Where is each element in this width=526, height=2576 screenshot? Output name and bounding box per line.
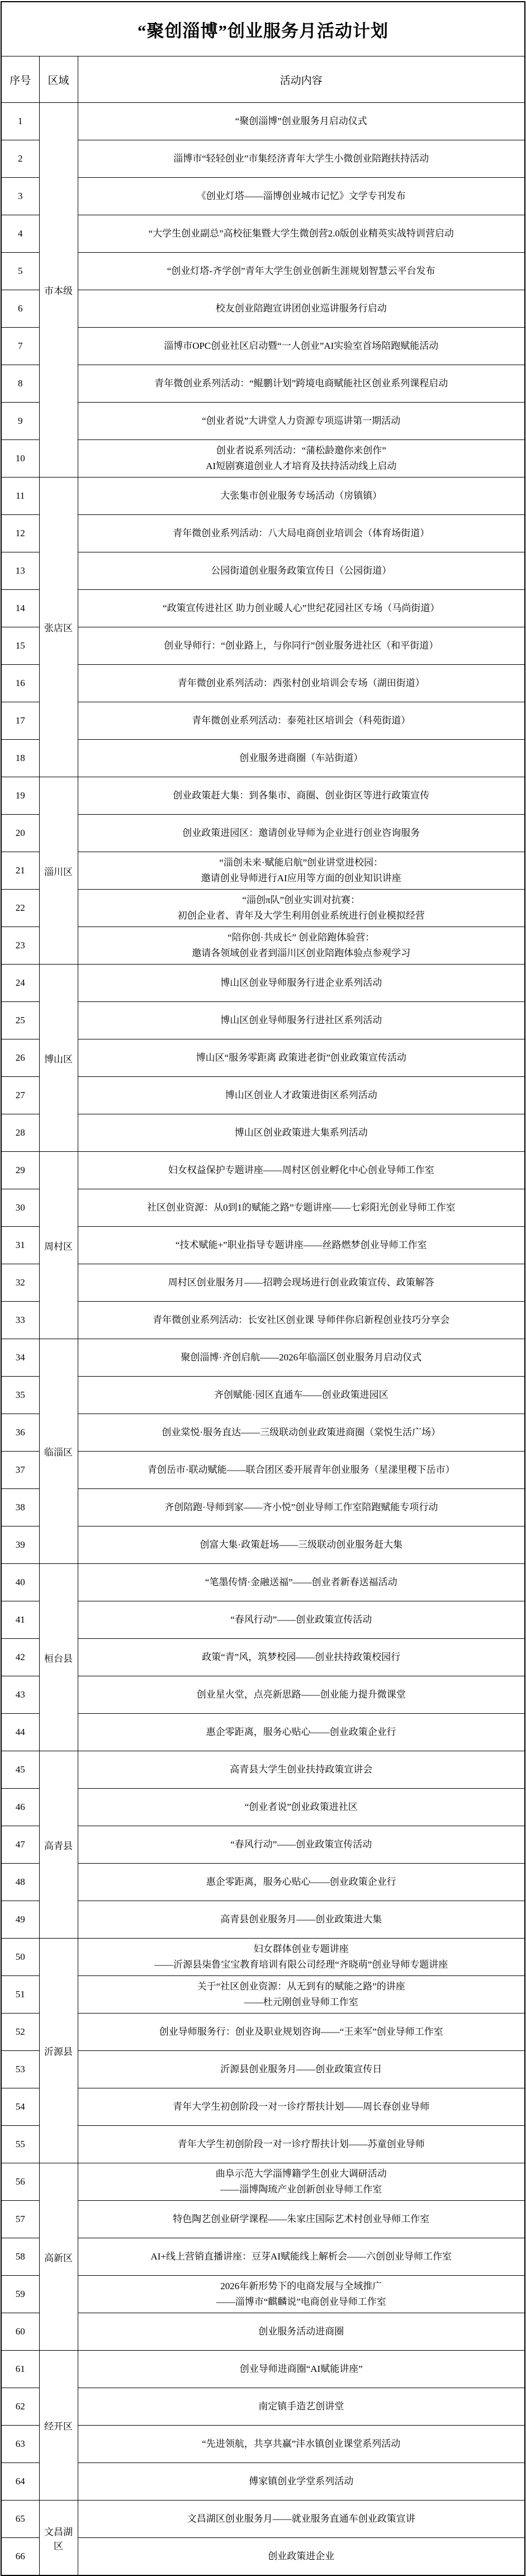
activity-line: “淄创π队”创业实训对抗赛： (82, 892, 522, 908)
activity-line: 创业者说系列活动：“蒲松龄邀你来创作” (82, 443, 522, 459)
row-number-cell: 39 (1, 1526, 39, 1564)
row-number-cell: 4 (1, 215, 39, 253)
activity-line: 初创企业者、青年及大学生利用创业系统进行创业模拟经营 (82, 908, 522, 924)
row-number-cell: 63 (1, 2426, 39, 2463)
region-cell: 市本级 (39, 103, 78, 478)
row-number-cell: 22 (1, 890, 39, 927)
table-row: 50沂源县妇女群体创业专题讲座——沂源县柒鲁宝宝教育培训有限公司经理“齐晓萌”创… (1, 1939, 525, 1976)
activity-line: 惠企零距离，服务心贴心——创业政策企业行 (82, 1724, 522, 1740)
row-number-cell: 18 (1, 740, 39, 777)
table-row: 65文昌湖区文昌湖区创业服务月——就业服务直通车创业政策宣讲 (1, 2501, 525, 2538)
activity-line: 创业星火堂，点亮新思路——创业能力提升微课堂 (82, 1687, 522, 1703)
activity-line: “技术赋能+”职业指导专题讲座——丝路燃梦创业导师工作室 (82, 1237, 522, 1253)
row-number-cell: 46 (1, 1789, 39, 1826)
region-cell: 临淄区 (39, 1339, 78, 1564)
activity-line: “先进领航，共享共赢”沣水镇创业课堂系列活动 (82, 2436, 522, 2452)
activity-line: AI+线上营销直播讲座：豆芽AI赋能线上解析会——六创创业导师工作室 (82, 2249, 522, 2265)
row-number-cell: 34 (1, 1339, 39, 1377)
activity-line: 政策“青”风，筑梦校园——创业扶持政策校园行 (82, 1649, 522, 1665)
table-row: 10创业者说系列活动：“蒲松龄邀你来创作”AI短剧赛道创业人才培育及扶持活动线上… (1, 440, 525, 478)
activity-cell: 文昌湖区创业服务月——就业服务直通车创业政策宣讲 (78, 2501, 525, 2538)
table-row: 52创业导师服务行：创业及职业规划咨询——“王来军”创业导师工作室 (1, 2013, 525, 2051)
table-row: 12青年微创业系列活动：八大局电商创业培训会（体育场街道） (1, 515, 525, 552)
table-row: 56高新区曲阜示范大学淄博籍学生创业大调研活动——淄博陶琉产业创新创业导师工作室 (1, 2163, 525, 2201)
activity-line: 关于“社区创业资源：从无到有的赋能之路”的讲座 (82, 1979, 522, 1994)
table-row: 41“春风行动”——创业政策宣传活动 (1, 1601, 525, 1639)
row-number-cell: 66 (1, 2538, 39, 2576)
activity-cell: 青年大学生初创阶段一对一诊疗帮扶计划——苏童创业导师 (78, 2126, 525, 2163)
activity-line: 创业服务活动进商圈 (82, 2324, 522, 2339)
row-number-cell: 32 (1, 1264, 39, 1302)
table-row: 15创业导师行：“创业路上，与你同行”创业服务进社区（和平街道） (1, 627, 525, 665)
row-number-cell: 44 (1, 1714, 39, 1751)
activity-cell: 青年微创业系列活动：“鲲鹏计划”跨境电商赋能社区创业系列课程启动 (78, 365, 525, 403)
table-row: 3《创业灯塔——淄博创业城市记忆》文学专刊发布 (1, 178, 525, 215)
row-number-cell: 31 (1, 1227, 39, 1264)
row-number-cell: 38 (1, 1489, 39, 1526)
header-region: 区域 (39, 56, 78, 103)
activity-line: 妇女权益保护专题讲座——周村区创业孵化中心创业导师工作室 (82, 1162, 522, 1178)
row-number-cell: 42 (1, 1639, 39, 1676)
table-row: 4“大学生创业副总”高校征集暨大学生微创营2.0版创业精英实战特训营启动 (1, 215, 525, 253)
activity-cell: “创业者说”创业政策进社区 (78, 1789, 525, 1826)
row-number-cell: 7 (1, 328, 39, 365)
activity-cell: 高青县大学生创业扶持政策宣讲会 (78, 1751, 525, 1789)
activity-cell: 博山区创业政策进大集系列活动 (78, 1114, 525, 1152)
table-row: 17青年微创业系列活动：泰苑社区培训会（科苑街道） (1, 702, 525, 740)
activity-cell: 惠企零距离，服务心贴心——创业政策企业行 (78, 1714, 525, 1751)
activity-line: “陪你创·共成长” 创业陪跑体验营： (82, 930, 522, 946)
table-row: 11张店区大张集市创业服务专场活动（房镇镇） (1, 478, 525, 515)
activity-line: 博山区“服务零距离 政策进老街”创业政策宣传活动 (82, 1050, 522, 1066)
activity-line: 高青县大学生创业扶持政策宣讲会 (82, 1762, 522, 1778)
activity-cell: “先进领航，共享共赢”沣水镇创业课堂系列活动 (78, 2426, 525, 2463)
activity-line: 博山区创业政策进大集系列活动 (82, 1125, 522, 1141)
activity-line: “创业者说”大讲堂人力资源专项巡讲第一期活动 (82, 413, 522, 429)
header-no: 序号 (1, 56, 39, 103)
activity-cell: 齐创陪跑·导师到家——齐小悦”创业导师工作室陪跑赋能专项行动 (78, 1489, 525, 1526)
table-row: 53沂源县创业服务月——创业政策宣传日 (1, 2051, 525, 2088)
activity-cell: 政策“青”风，筑梦校园——创业扶持政策校园行 (78, 1639, 525, 1676)
activity-cell: 青年微创业系列活动：西张村创业培训会专场（湖田街道） (78, 665, 525, 702)
activity-line: 妇女群体创业专题讲座 (82, 1941, 522, 1957)
page-title: “聚创淄博”创业服务月活动计划 (1, 2, 525, 56)
table-row: 43创业星火堂，点亮新思路——创业能力提升微课堂 (1, 1676, 525, 1714)
activity-line: 淄博市OPC创业社区启动暨“一人创业”AI实验室首场陪跑赋能活动 (82, 338, 522, 354)
activity-cell: 妇女群体创业专题讲座——沂源县柒鲁宝宝教育培训有限公司经理“齐晓萌”创业导师专题… (78, 1939, 525, 1976)
activity-cell: 博山区创业导师服务行进社区系列活动 (78, 1002, 525, 1039)
table-row: 27博山区创业人才政策进街区系列活动 (1, 1077, 525, 1114)
row-number-cell: 9 (1, 403, 39, 440)
activity-line: AI短剧赛道创业人才培育及扶持活动线上启动 (82, 459, 522, 474)
activity-line: 齐创赋能·园区直通车——创业政策进园区 (82, 1387, 522, 1403)
row-number-cell: 1 (1, 103, 39, 140)
table-row: 64傅家镇创业学堂系列活动 (1, 2463, 525, 2501)
activity-line: “春风行动”——创业政策宣传活动 (82, 1612, 522, 1628)
row-number-cell: 35 (1, 1377, 39, 1414)
row-number-cell: 43 (1, 1676, 39, 1714)
row-number-cell: 37 (1, 1452, 39, 1489)
row-number-cell: 58 (1, 2238, 39, 2276)
row-number-cell: 8 (1, 365, 39, 403)
table-row: 16青年微创业系列活动：西张村创业培训会专场（湖田街道） (1, 665, 525, 702)
table-row: 57特色陶艺创业研学课程——朱家庄国际艺术村创业导师工作室 (1, 2201, 525, 2238)
activity-cell: 博山区创业人才政策进街区系列活动 (78, 1077, 525, 1114)
activity-line: 创业政策进企业 (82, 2549, 522, 2564)
activity-cell: “大学生创业副总”高校征集暨大学生微创营2.0版创业精英实战特训营启动 (78, 215, 525, 253)
activity-cell: 青年微创业系列活动：泰苑社区培训会（科苑街道） (78, 702, 525, 740)
activity-line: 南定镇手造艺创讲堂 (82, 2399, 522, 2414)
activity-cell: 创业星火堂，点亮新思路——创业能力提升微课堂 (78, 1676, 525, 1714)
activity-line: 青年微创业系列活动：八大局电商创业培训会（体育场街道） (82, 526, 522, 541)
table-row: 60创业服务活动进商圈 (1, 2313, 525, 2351)
table-row: 8青年微创业系列活动：“鲲鹏计划”跨境电商赋能社区创业系列课程启动 (1, 365, 525, 403)
row-number-cell: 21 (1, 852, 39, 890)
activity-line: 邀请各领域创业者到淄川区创业陪跑体验点参观学习 (82, 946, 522, 961)
table-row: 38齐创陪跑·导师到家——齐小悦”创业导师工作室陪跑赋能专项行动 (1, 1489, 525, 1526)
table-row: 37青创岳市·联动赋能——联合团区委开展青年创业服务（星漾里稷下岳市） (1, 1452, 525, 1489)
activity-cell: “淄创π队”创业实训对抗赛：初创企业者、青年及大学生利用创业系统进行创业模拟经营 (78, 890, 525, 927)
activity-cell: 创业导师进商圈“AI赋能讲座” (78, 2351, 525, 2388)
activity-plan-table: “聚创淄博”创业服务月活动计划 序号 区域 活动内容 1市本级“聚创淄博”创业服… (1, 1, 525, 2576)
activity-cell: 创业导师服务行：创业及职业规划咨询——“王来军”创业导师工作室 (78, 2013, 525, 2051)
activity-line: 大张集市创业服务专场活动（房镇镇） (82, 488, 522, 504)
row-number-cell: 15 (1, 627, 39, 665)
activity-cell: “春风行动”——创业政策宣传活动 (78, 1826, 525, 1864)
table-row: 42政策“青”风，筑梦校园——创业扶持政策校园行 (1, 1639, 525, 1676)
activity-line: 聚创淄博·齐创启航——2026年临淄区创业服务月启动仪式 (82, 1350, 522, 1365)
row-number-cell: 10 (1, 440, 39, 478)
activity-cell: “陪你创·共成长” 创业陪跑体验营：邀请各领域创业者到淄川区创业陪跑体验点参观学… (78, 927, 525, 965)
table-row: 46“创业者说”创业政策进社区 (1, 1789, 525, 1826)
row-number-cell: 27 (1, 1077, 39, 1114)
activity-line: “创业者说”创业政策进社区 (82, 1799, 522, 1815)
activity-line: 创富大集·政策赶场——三级联动创业服务赶大集 (82, 1537, 522, 1553)
activity-line: “政策宣传进社区 助力创业暖人心”世纪花园社区专场（马尚街道） (82, 601, 522, 616)
activity-cell: 博山区创业导师服务行进企业系列活动 (78, 965, 525, 1002)
activity-line: 社区创业资源：从0到1的赋能之路”专题讲座——七彩阳光创业导师工作室 (82, 1200, 522, 1216)
table-row: 18创业服务进商圈（车站街道） (1, 740, 525, 777)
activity-cell: 青年大学生初创阶段一对一诊疗帮扶计划——周长春创业导师 (78, 2088, 525, 2126)
row-number-cell: 25 (1, 1002, 39, 1039)
row-number-cell: 5 (1, 253, 39, 290)
table-row: 22“淄创π队”创业实训对抗赛：初创企业者、青年及大学生利用创业系统进行创业模拟… (1, 890, 525, 927)
activity-cell: 创业棠悦·服务直达——三级联动创业政策进商圈（棠悦生活广场） (78, 1414, 525, 1452)
row-number-cell: 23 (1, 927, 39, 965)
activity-cell: 创富大集·政策赶场——三级联动创业服务赶大集 (78, 1526, 525, 1564)
activity-cell: 创业政策赶大集：到各集市、商圈、创业街区等进行政策宣传 (78, 777, 525, 815)
table-row: 39创富大集·政策赶场——三级联动创业服务赶大集 (1, 1526, 525, 1564)
row-number-cell: 52 (1, 2013, 39, 2051)
table-row: 32周村区创业服务月——招聘会现场进行创业政策宣传、政策解答 (1, 1264, 525, 1302)
row-number-cell: 47 (1, 1826, 39, 1864)
table-row: 29周村区妇女权益保护专题讲座——周村区创业孵化中心创业导师工作室 (1, 1152, 525, 1189)
row-number-cell: 57 (1, 2201, 39, 2238)
region-cell: 沂源县 (39, 1939, 78, 2163)
activity-cell: “创业者说”大讲堂人力资源专项巡讲第一期活动 (78, 403, 525, 440)
activity-line: 惠企零距离，服务心贴心——创业政策企业行 (82, 1874, 522, 1890)
header-activity: 活动内容 (78, 56, 525, 103)
activity-cell: AI+线上营销直播讲座：豆芽AI赋能线上解析会——六创创业导师工作室 (78, 2238, 525, 2276)
activity-line: “笔墨传情·金融送福”——创业者新春送福活动 (82, 1575, 522, 1590)
row-number-cell: 53 (1, 2051, 39, 2088)
row-number-cell: 29 (1, 1152, 39, 1189)
activity-line: 青年微创业系列活动：“鲲鹏计划”跨境电商赋能社区创业系列课程启动 (82, 376, 522, 391)
row-number-cell: 61 (1, 2351, 39, 2388)
activity-cell: 妇女权益保护专题讲座——周村区创业孵化中心创业导师工作室 (78, 1152, 525, 1189)
activity-line: ——淄博市“麒麟说”电商创业导师工作室 (82, 2294, 522, 2310)
activity-cell: 青创岳市·联动赋能——联合团区委开展青年创业服务（星漾里稷下岳市） (78, 1452, 525, 1489)
table-row: 1市本级“聚创淄博”创业服务月启动仪式 (1, 103, 525, 140)
row-number-cell: 40 (1, 1564, 39, 1601)
row-number-cell: 45 (1, 1751, 39, 1789)
activity-line: “春风行动”——创业政策宣传活动 (82, 1837, 522, 1852)
activity-line: ——杜元刚创业导师工作室 (82, 1994, 522, 2010)
activity-line: 创业导师行：“创业路上，与你同行”创业服务进社区（和平街道） (82, 638, 522, 654)
activity-cell: “淄创未来·赋能启航”创业讲堂进校园：邀请创业导师进行AI应用等方面的创业知识讲… (78, 852, 525, 890)
activity-cell: 创业服务进商圈（车站街道） (78, 740, 525, 777)
table-row: 9“创业者说”大讲堂人力资源专项巡讲第一期活动 (1, 403, 525, 440)
activity-cell: 博山区“服务零距离 政策进老街”创业政策宣传活动 (78, 1039, 525, 1077)
row-number-cell: 33 (1, 1302, 39, 1339)
activity-line: 青年大学生初创阶段一对一诊疗帮扶计划——周长春创业导师 (82, 2099, 522, 2115)
row-number-cell: 64 (1, 2463, 39, 2501)
activity-line: 青年大学生初创阶段一对一诊疗帮扶计划——苏童创业导师 (82, 2137, 522, 2152)
activity-cell: 创业政策进园区：邀请创业导师为企业进行创业咨询服务 (78, 815, 525, 852)
activity-line: 创业棠悦·服务直达——三级联动创业政策进商圈（棠悦生活广场） (82, 1425, 522, 1440)
table-row: 25博山区创业导师服务行进社区系列活动 (1, 1002, 525, 1039)
region-cell: 淄川区 (39, 777, 78, 965)
activity-line: 青年微创业系列活动：长安社区创业课 导师伴你启新程创业技巧分享会 (82, 1312, 522, 1328)
row-number-cell: 6 (1, 290, 39, 328)
row-number-cell: 36 (1, 1414, 39, 1452)
table-row: 63“先进领航，共享共赢”沣水镇创业课堂系列活动 (1, 2426, 525, 2463)
row-number-cell: 48 (1, 1864, 39, 1901)
activity-line: 博山区创业人才政策进街区系列活动 (82, 1088, 522, 1103)
activity-cell: 惠企零距离，服务心贴心——创业政策企业行 (78, 1864, 525, 1901)
activity-cell: 傅家镇创业学堂系列活动 (78, 2463, 525, 2501)
activity-line: 2026年新形势下的电商发展与全域推广 (82, 2279, 522, 2294)
activity-line: 青创岳市·联动赋能——联合团区委开展青年创业服务（星漾里稷下岳市） (82, 1462, 522, 1478)
table-row: 24博山区博山区创业导师服务行进企业系列活动 (1, 965, 525, 1002)
activity-line: 创业服务进商圈（车站街道） (82, 750, 522, 766)
table-row: 14“政策宣传进社区 助力创业暖人心”世纪花园社区专场（马尚街道） (1, 590, 525, 627)
activity-line: 沂源县创业服务月——创业政策宣传日 (82, 2062, 522, 2077)
activity-cell: “聚创淄博”创业服务月启动仪式 (78, 103, 525, 140)
region-cell: 高新区 (39, 2163, 78, 2351)
activity-cell: 沂源县创业服务月——创业政策宣传日 (78, 2051, 525, 2088)
activity-cell: 社区创业资源：从0到1的赋能之路”专题讲座——七彩阳光创业导师工作室 (78, 1189, 525, 1227)
row-number-cell: 49 (1, 1901, 39, 1939)
row-number-cell: 59 (1, 2276, 39, 2313)
activity-line: 青年微创业系列活动：西张村创业培训会专场（湖田街道） (82, 675, 522, 691)
table-row: 45高青县高青县大学生创业扶持政策宣讲会 (1, 1751, 525, 1789)
region-cell: 文昌湖区 (39, 2501, 78, 2576)
region-cell: 博山区 (39, 965, 78, 1152)
region-cell: 张店区 (39, 478, 78, 777)
table-row: 62南定镇手造艺创讲堂 (1, 2388, 525, 2426)
activity-line: 邀请创业导师进行AI应用等方面的创业知识讲座 (82, 871, 522, 886)
activity-cell: 校友创业陪跑宣讲团创业巡讲服务行启动 (78, 290, 525, 328)
table-row: 30社区创业资源：从0到1的赋能之路”专题讲座——七彩阳光创业导师工作室 (1, 1189, 525, 1227)
table-row: 66创业政策进企业 (1, 2538, 525, 2576)
activity-cell: “政策宣传进社区 助力创业暖人心”世纪花园社区专场（马尚街道） (78, 590, 525, 627)
table-row: 2淄博市“轻轻创业”市集经济青年大学生小微创业陪跑扶持活动 (1, 140, 525, 178)
activity-cell: 大张集市创业服务专场活动（房镇镇） (78, 478, 525, 515)
activity-line: “大学生创业副总”高校征集暨大学生微创营2.0版创业精英实战特训营启动 (82, 226, 522, 242)
table-row: 34临淄区聚创淄博·齐创启航——2026年临淄区创业服务月启动仪式 (1, 1339, 525, 1377)
activity-line: 创业导师进商圈“AI赋能讲座” (82, 2361, 522, 2377)
header-row: 序号 区域 活动内容 (1, 56, 525, 103)
table-row: 36创业棠悦·服务直达——三级联动创业政策进商圈（棠悦生活广场） (1, 1414, 525, 1452)
activity-line: 周村区创业服务月——招聘会现场进行创业政策宣传、政策解答 (82, 1275, 522, 1291)
activity-cell: 青年微创业系列活动：长安社区创业课 导师伴你启新程创业技巧分享会 (78, 1302, 525, 1339)
activity-cell: 南定镇手造艺创讲堂 (78, 2388, 525, 2426)
row-number-cell: 16 (1, 665, 39, 702)
activity-cell: 青年微创业系列活动：八大局电商创业培训会（体育场街道） (78, 515, 525, 552)
activity-line: 高青县创业服务月——创业政策进大集 (82, 1912, 522, 1927)
table-row: 54青年大学生初创阶段一对一诊疗帮扶计划——周长春创业导师 (1, 2088, 525, 2126)
activity-cell: 创业导师行：“创业路上，与你同行”创业服务进社区（和平街道） (78, 627, 525, 665)
activity-line: 创业政策进园区：邀请创业导师为企业进行创业咨询服务 (82, 825, 522, 841)
activity-line: 傅家镇创业学堂系列活动 (82, 2474, 522, 2489)
activity-cell: 公园街道创业服务政策宣传日（公园街道） (78, 552, 525, 590)
activity-cell: 周村区创业服务月——招聘会现场进行创业政策宣传、政策解答 (78, 1264, 525, 1302)
title-row: “聚创淄博”创业服务月活动计划 (1, 2, 525, 56)
row-number-cell: 60 (1, 2313, 39, 2351)
row-number-cell: 56 (1, 2163, 39, 2201)
activity-line: 青年微创业系列活动：泰苑社区培训会（科苑街道） (82, 713, 522, 729)
activity-cell: 创业者说系列活动：“蒲松龄邀你来创作”AI短剧赛道创业人才培育及扶持活动线上启动 (78, 440, 525, 478)
table-row: 51关于“社区创业资源：从无到有的赋能之路”的讲座——杜元刚创业导师工作室 (1, 1976, 525, 2013)
row-number-cell: 50 (1, 1939, 39, 1976)
row-number-cell: 62 (1, 2388, 39, 2426)
activity-cell: 聚创淄博·齐创启航——2026年临淄区创业服务月启动仪式 (78, 1339, 525, 1377)
activity-cell: “创业灯塔-齐学创”青年大学生创业创新生涯规划智慧云平台发布 (78, 253, 525, 290)
activity-cell: “技术赋能+”职业指导专题讲座——丝路燃梦创业导师工作室 (78, 1227, 525, 1264)
table-row: 7淄博市OPC创业社区启动暨“一人创业”AI实验室首场陪跑赋能活动 (1, 328, 525, 365)
row-number-cell: 26 (1, 1039, 39, 1077)
row-number-cell: 17 (1, 702, 39, 740)
table-row: 31“技术赋能+”职业指导专题讲座——丝路燃梦创业导师工作室 (1, 1227, 525, 1264)
activity-cell: 淄博市OPC创业社区启动暨“一人创业”AI实验室首场陪跑赋能活动 (78, 328, 525, 365)
activity-cell: 齐创赋能·园区直通车——创业政策进园区 (78, 1377, 525, 1414)
row-number-cell: 14 (1, 590, 39, 627)
row-number-cell: 12 (1, 515, 39, 552)
row-number-cell: 65 (1, 2501, 39, 2538)
row-number-cell: 51 (1, 1976, 39, 2013)
table-row: 58AI+线上营销直播讲座：豆芽AI赋能线上解析会——六创创业导师工作室 (1, 2238, 525, 2276)
activity-cell: “春风行动”——创业政策宣传活动 (78, 1601, 525, 1639)
activity-line: 校友创业陪跑宣讲团创业巡讲服务行启动 (82, 301, 522, 316)
activity-cell: 淄博市“轻轻创业”市集经济青年大学生小微创业陪跑扶持活动 (78, 140, 525, 178)
activity-cell: 曲阜示范大学淄博籍学生创业大调研活动——淄博陶琉产业创新创业导师工作室 (78, 2163, 525, 2201)
activity-line: “聚创淄博”创业服务月启动仪式 (82, 114, 522, 129)
table-row: 5“创业灯塔-齐学创”青年大学生创业创新生涯规划智慧云平台发布 (1, 253, 525, 290)
region-cell: 周村区 (39, 1152, 78, 1339)
table-row: 13公园街道创业服务政策宣传日（公园街道） (1, 552, 525, 590)
activity-cell: 关于“社区创业资源：从无到有的赋能之路”的讲座——杜元刚创业导师工作室 (78, 1976, 525, 2013)
table-row: 6校友创业陪跑宣讲团创业巡讲服务行启动 (1, 290, 525, 328)
row-number-cell: 28 (1, 1114, 39, 1152)
activity-line: “淄创未来·赋能启航”创业讲堂进校园： (82, 855, 522, 871)
table-row: 26博山区“服务零距离 政策进老街”创业政策宣传活动 (1, 1039, 525, 1077)
table-row: 23“陪你创·共成长” 创业陪跑体验营：邀请各领域创业者到淄川区创业陪跑体验点参… (1, 927, 525, 965)
row-number-cell: 11 (1, 478, 39, 515)
activity-line: “创业灯塔-齐学创”青年大学生创业创新生涯规划智慧云平台发布 (82, 263, 522, 279)
table-row: 48惠企零距离，服务心贴心——创业政策企业行 (1, 1864, 525, 1901)
row-number-cell: 30 (1, 1189, 39, 1227)
table-row: 28博山区创业政策进大集系列活动 (1, 1114, 525, 1152)
region-cell: 经开区 (39, 2351, 78, 2501)
row-number-cell: 24 (1, 965, 39, 1002)
activity-cell: 《创业灯塔——淄博创业城市记忆》文学专刊发布 (78, 178, 525, 215)
row-number-cell: 20 (1, 815, 39, 852)
table-row: 44惠企零距离，服务心贴心——创业政策企业行 (1, 1714, 525, 1751)
table-row: 21“淄创未来·赋能启航”创业讲堂进校园：邀请创业导师进行AI应用等方面的创业知… (1, 852, 525, 890)
activity-line: 曲阜示范大学淄博籍学生创业大调研活动 (82, 2166, 522, 2182)
activity-cell: 高青县创业服务月——创业政策进大集 (78, 1901, 525, 1939)
table-row: 20创业政策进园区：邀请创业导师为企业进行创业咨询服务 (1, 815, 525, 852)
table-row: 61经开区创业导师进商圈“AI赋能讲座” (1, 2351, 525, 2388)
row-number-cell: 13 (1, 552, 39, 590)
activity-line: ——沂源县柒鲁宝宝教育培训有限公司经理“齐晓萌”创业导师专题讲座 (82, 1957, 522, 1973)
activity-cell: 2026年新形势下的电商发展与全域推广——淄博市“麒麟说”电商创业导师工作室 (78, 2276, 525, 2313)
activity-cell: “笔墨传情·金融送福”——创业者新春送福活动 (78, 1564, 525, 1601)
table-row: 19淄川区创业政策赶大集：到各集市、商圈、创业街区等进行政策宣传 (1, 777, 525, 815)
activity-line: 《创业灯塔——淄博创业城市记忆》文学专刊发布 (82, 188, 522, 204)
activity-line: 博山区创业导师服务行进社区系列活动 (82, 1013, 522, 1028)
row-number-cell: 55 (1, 2126, 39, 2163)
table-row: 35齐创赋能·园区直通车——创业政策进园区 (1, 1377, 525, 1414)
row-number-cell: 41 (1, 1601, 39, 1639)
activity-line: 创业导师服务行：创业及职业规划咨询——“王来军”创业导师工作室 (82, 2024, 522, 2040)
activity-line: 博山区创业导师服务行进企业系列活动 (82, 975, 522, 991)
row-number-cell: 3 (1, 178, 39, 215)
activity-cell: 创业服务活动进商圈 (78, 2313, 525, 2351)
activity-line: 公园街道创业服务政策宣传日（公园街道） (82, 563, 522, 579)
table-row: 592026年新形势下的电商发展与全域推广——淄博市“麒麟说”电商创业导师工作室 (1, 2276, 525, 2313)
activity-cell: 创业政策进企业 (78, 2538, 525, 2576)
region-cell: 桓台县 (39, 1564, 78, 1751)
activity-line: 创业政策赶大集：到各集市、商圈、创业街区等进行政策宣传 (82, 788, 522, 803)
row-number-cell: 2 (1, 140, 39, 178)
activity-line: ——淄博陶琉产业创新创业导师工作室 (82, 2182, 522, 2197)
table-row: 47“春风行动”——创业政策宣传活动 (1, 1826, 525, 1864)
activity-line: 特色陶艺创业研学课程——朱家庄国际艺术村创业导师工作室 (82, 2211, 522, 2227)
row-number-cell: 19 (1, 777, 39, 815)
table-row: 49高青县创业服务月——创业政策进大集 (1, 1901, 525, 1939)
activity-line: 齐创陪跑·导师到家——齐小悦”创业导师工作室陪跑赋能专项行动 (82, 1500, 522, 1515)
region-cell: 高青县 (39, 1751, 78, 1939)
activity-line: 文昌湖区创业服务月——就业服务直通车创业政策宣讲 (82, 2511, 522, 2527)
table-row: 40桓台县“笔墨传情·金融送福”——创业者新春送福活动 (1, 1564, 525, 1601)
activity-cell: 特色陶艺创业研学课程——朱家庄国际艺术村创业导师工作室 (78, 2201, 525, 2238)
activity-line: 淄博市“轻轻创业”市集经济青年大学生小微创业陪跑扶持活动 (82, 151, 522, 167)
table-row: 55青年大学生初创阶段一对一诊疗帮扶计划——苏童创业导师 (1, 2126, 525, 2163)
row-number-cell: 54 (1, 2088, 39, 2126)
table-row: 33青年微创业系列活动：长安社区创业课 导师伴你启新程创业技巧分享会 (1, 1302, 525, 1339)
